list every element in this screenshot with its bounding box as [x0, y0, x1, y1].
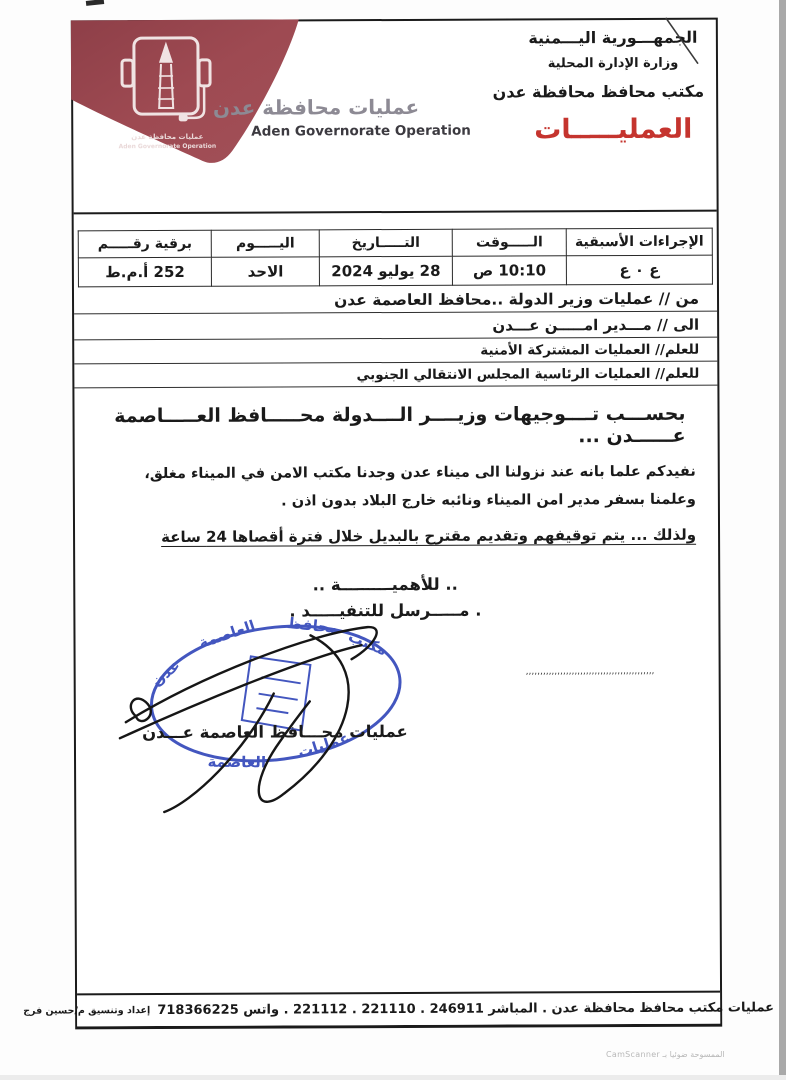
pen-slash-artifact: [662, 16, 702, 76]
telegram-meta-table: الإجراءات الأسبقية الـــــوقت التـــــار…: [78, 228, 713, 288]
value-time: 10:10 ص: [452, 256, 566, 285]
stamp-caption: عمليات محـــافظ العاصمة عـــدن: [134, 722, 416, 742]
routing-block: من // عمليات وزير الدولة ..محافظ العاصمة…: [74, 285, 717, 389]
routing-cc-1: للعلم// العمليات المشتركة الأمنية: [74, 338, 717, 365]
value-day: الاحد: [212, 257, 320, 286]
official-stamp-and-signature: مكتب محافظ العاصمة عدن عمليات العاصمة: [105, 593, 451, 830]
routing-from: من // عمليات وزير الدولة ..محافظ العاصمة…: [74, 285, 717, 315]
camscanner-watermark: الممسوحة ضوئيا بـ CamScanner: [606, 1050, 725, 1059]
scanner-edge-strip: [779, 0, 786, 1080]
value-telegram-number: 252 أ.م.ط: [78, 257, 211, 287]
scanner-bottom-strip: [0, 1075, 786, 1080]
col-time: الـــــوقت: [452, 229, 566, 256]
col-telegram-number: برقية رقـــــم: [78, 230, 211, 258]
stamp-word: العاصمة: [196, 617, 257, 652]
document-page: عمليات محافظة عدن Aden Governorate Opera…: [71, 18, 722, 1030]
footer-contact-line: عمليات مكتب محافظ محافظة عدن . المباشر 2…: [157, 1000, 774, 1018]
governor-office-title: مكتب محافظ محافظة عدن: [522, 82, 704, 102]
organization-title-block: عمليات محافظة عدن Aden Governorate Opera…: [251, 95, 419, 140]
value-priority: ع ٠ ع: [567, 255, 713, 285]
letter-body: بحســـب تــــوجيهات وزيــــر الــــدولة …: [74, 403, 718, 621]
routing-cc-2: للعلم// العمليات الرئاسية المجلس الانتقا…: [74, 362, 717, 389]
dotted-leader-line: ٬٬٬٬٬٬٬٬٬٬٬٬٬٬٬٬٬٬٬٬٬٬٬٬٬٬٬٬٬٬٬٬٬٬٬٬٬٬٬٬…: [526, 672, 671, 683]
handwritten-signature: [119, 627, 377, 812]
routing-to: الى // مـــدير امـــــن عـــدن: [74, 312, 717, 341]
body-directive: ولذلك ... يتم توقيفهم وتقديم مقترح بالبد…: [97, 525, 696, 546]
organization-name-arabic: عمليات محافظة عدن: [251, 95, 419, 120]
stamp-word: مكتب: [346, 627, 390, 659]
letterhead: عمليات محافظة عدن Aden Governorate Opera…: [73, 20, 717, 215]
col-date: التـــــاريخ: [319, 229, 452, 257]
footer-credit: إعداد وتنسيق م/حسين فرج: [23, 1005, 150, 1017]
importance-note: .. للأهميـــــــــة ..: [250, 574, 520, 594]
body-heading: بحســـب تــــوجيهات وزيــــر الــــدولة …: [94, 403, 685, 450]
body-paragraph: نفيدكم علما بانه عند نزولنا الى ميناء عد…: [97, 458, 696, 517]
scan-corner-artifact: [86, 0, 104, 6]
col-priority-procedures: الإجراءات الأسبقية: [566, 228, 712, 256]
ribbon-logo-text-en: Aden Governorate Operation: [119, 143, 217, 150]
value-date: 28 يوليو 2024: [319, 256, 452, 286]
organization-name-english: Aden Governorate Operation: [251, 123, 419, 140]
stamp-word: العاصمة: [207, 753, 266, 772]
footer-band: عمليات مكتب محافظ محافظة عدن . المباشر 2…: [77, 991, 720, 1027]
ribbon-logo-text-ar: عمليات محافظة عدن: [131, 133, 203, 141]
meta-values-row: ع ٠ ع 10:10 ص 28 يوليو 2024 الاحد 252 أ.…: [78, 255, 712, 287]
operations-department-title: العمليـــــات: [522, 114, 704, 146]
col-day: اليـــــوم: [211, 230, 319, 257]
meta-header-row: الإجراءات الأسبقية الـــــوقت التـــــار…: [78, 228, 712, 258]
